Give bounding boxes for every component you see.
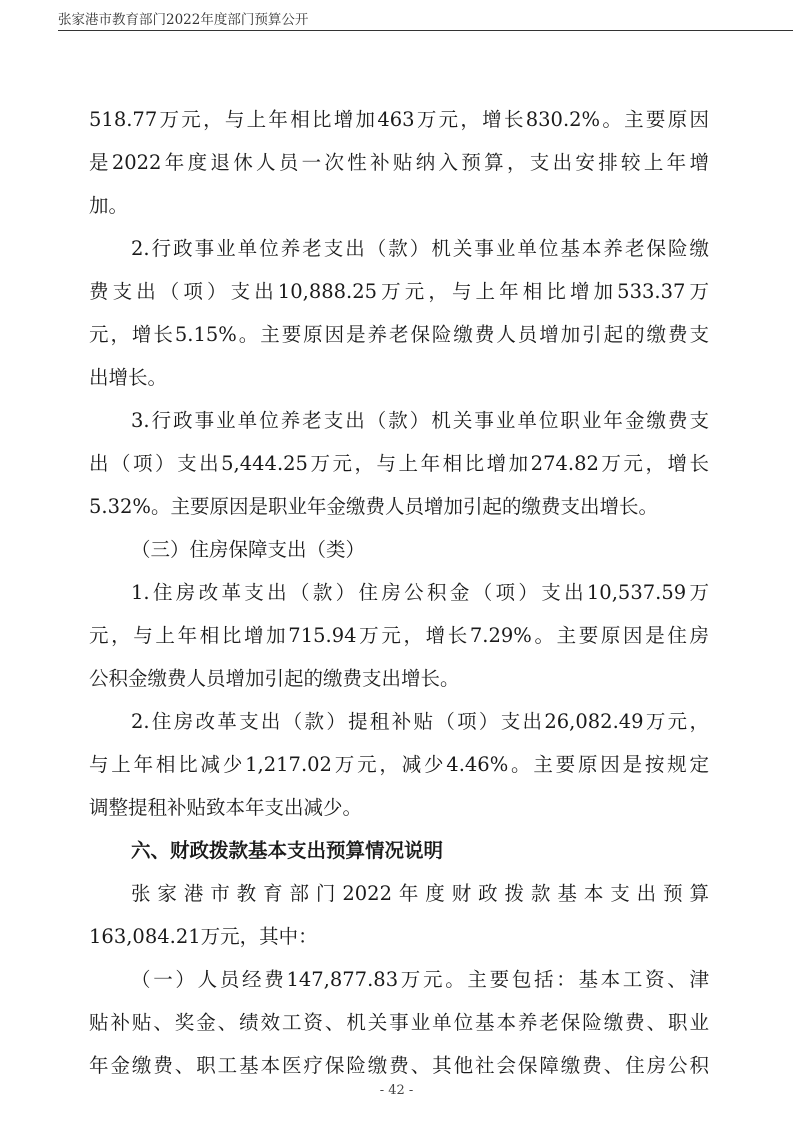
paragraph-line: 公积金缴费人员增加引起的缴费支出增长。 — [89, 664, 709, 694]
paragraph-line: 与上年相比减少1,217.02万元，减少4.46%。主要原因是按规定 — [89, 750, 709, 780]
document-header: 张家港市教育部门2022年度部门预算公开 — [58, 8, 308, 28]
page-number: - 42 - — [0, 1083, 793, 1098]
paragraph-line: 贴补贴、奖金、绩效工资、机关事业单位基本养老保险缴费、职业 — [89, 1008, 709, 1038]
paragraph-line: 2.住房改革支出（款）提租补贴（项）支出26,082.49万元， — [131, 707, 709, 737]
paragraph-line: 2.行政事业单位养老支出（款）机关事业单位基本养老保险缴 — [131, 234, 709, 264]
paragraph-line: 1.住房改革支出（款）住房公积金（项）支出10,537.59万 — [131, 578, 709, 608]
section-heading: 六、财政拨款基本支出预算情况说明 — [131, 836, 709, 866]
paragraph-line: 518.77万元，与上年相比增加463万元，增长830.2%。主要原因 — [89, 105, 709, 135]
paragraph-line: 出增长。 — [89, 363, 709, 393]
paragraph-line: 张家港市教育部门2022年度财政拨款基本支出预算 — [131, 879, 709, 909]
paragraph-line: 费支出（项）支出10,888.25万元，与上年相比增加533.37万 — [89, 277, 709, 307]
paragraph-line: 元，与上年相比增加715.94万元，增长7.29%。主要原因是住房 — [89, 621, 709, 651]
paragraph-line: （一）人员经费147,877.83万元。主要包括：基本工资、津 — [131, 965, 709, 995]
section-subheading: （三）住房保障支出（类） — [131, 535, 709, 565]
header-divider — [58, 30, 793, 31]
paragraph-line: 163,084.21万元，其中： — [89, 922, 709, 952]
paragraph-line: 元，增长5.15%。主要原因是养老保险缴费人员增加引起的缴费支 — [89, 320, 709, 350]
paragraph-line: 出（项）支出5,444.25万元，与上年相比增加274.82万元，增长 — [89, 449, 709, 479]
paragraph-line: 调整提租补贴致本年支出减少。 — [89, 793, 709, 823]
paragraph-line: 年金缴费、职工基本医疗保险缴费、其他社会保障缴费、住房公积 — [89, 1051, 709, 1081]
paragraph-line: 是2022年度退休人员一次性补贴纳入预算，支出安排较上年增 — [89, 148, 709, 178]
paragraph-line: 3.行政事业单位养老支出（款）机关事业单位职业年金缴费支 — [131, 406, 709, 436]
paragraph-line: 加。 — [89, 191, 709, 221]
paragraph-line: 5.32%。主要原因是职业年金缴费人员增加引起的缴费支出增长。 — [89, 492, 709, 522]
